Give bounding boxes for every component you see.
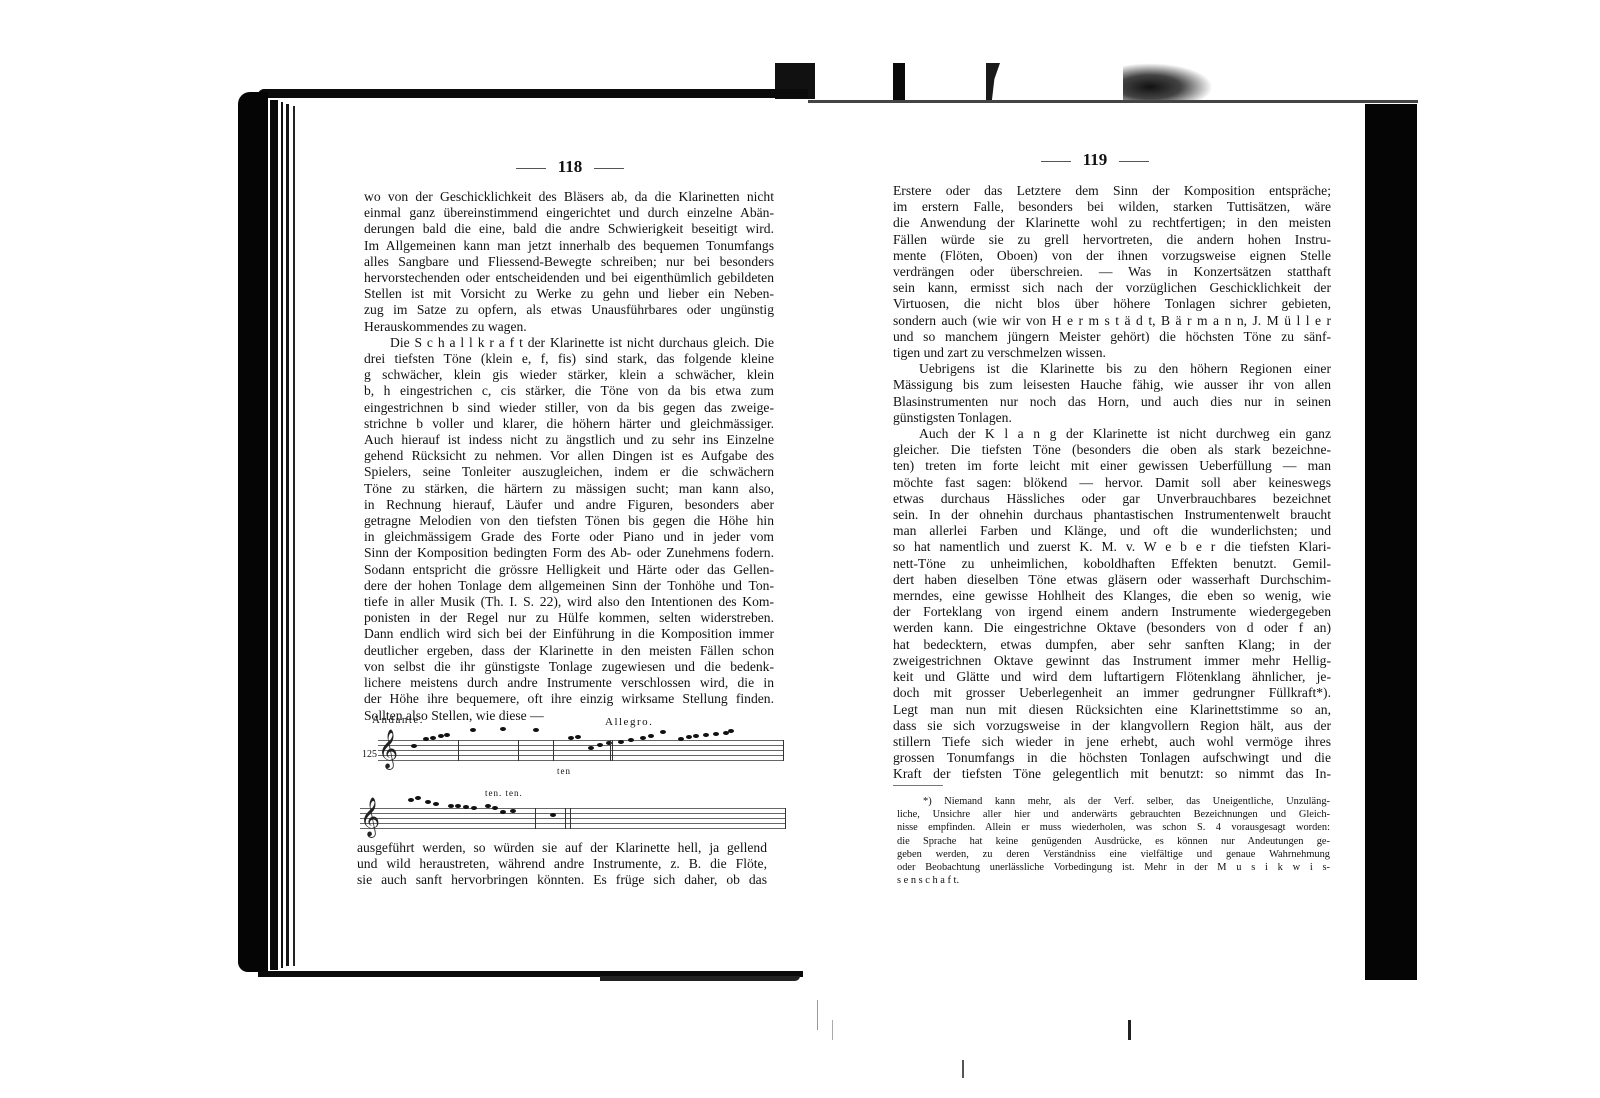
note-head <box>433 802 439 806</box>
text-line: Virtuosen, die nicht blos über höhere To… <box>893 296 1331 312</box>
book-top-edge <box>808 100 1418 103</box>
text-line: sein kann, ermisst sich nach der vorzügl… <box>893 280 1331 296</box>
scan-speck <box>817 1000 818 1030</box>
note-head <box>485 804 491 808</box>
text-line: mente (Flöten, Oboen) von der ihnen vorz… <box>893 248 1331 264</box>
text-line: dere der hohen Tonlage dem allgemeinen S… <box>364 578 774 594</box>
tenuto-mark: ten <box>557 766 571 776</box>
page-number-text: 119 <box>1083 150 1108 169</box>
note-head <box>423 737 429 741</box>
bar-line <box>458 740 459 761</box>
text-line: von selbst die ihr günstigste Tonlage zu… <box>364 659 774 675</box>
text-line: gleicher. Die tiefsten Töne (besonders d… <box>893 442 1331 458</box>
note-head <box>463 805 469 809</box>
text-line: Auch hierauf ist indess nicht zu ängstli… <box>364 432 774 448</box>
text-line: etwas durchaus Hässliches oder gar Unver… <box>893 491 1331 507</box>
text-line: hervorstechenden oder entscheidenden und… <box>364 270 774 286</box>
note-head <box>500 727 506 731</box>
note-head <box>492 806 498 810</box>
page-stack-line <box>281 102 283 968</box>
note-head <box>575 735 581 739</box>
text-line: Herauskommendes zu wagen. <box>364 319 774 335</box>
text-line: wo von der Geschicklichkeit des Bläsers … <box>364 189 774 205</box>
text-line: verdrängen oder überschreien. — Was in K… <box>893 264 1331 280</box>
text-line: sondern auch (wie wir von H e r m s t ä … <box>893 313 1331 329</box>
text-line: Blasinstrumenten nur noch das Horn, und … <box>893 394 1331 410</box>
text-line: stillern Tiefe sich wieder in jene erheb… <box>893 734 1331 750</box>
scan-speck <box>1128 1020 1131 1040</box>
text-line: deutlicher ergeben, dass der Klarinette … <box>364 643 774 659</box>
text-line: in Rechnung hierauf, Läufer und andre Fi… <box>364 497 774 513</box>
note-head <box>533 728 539 732</box>
text-line: nisse empfinden. Allein er muss wiederho… <box>897 821 1330 834</box>
scan-speck <box>962 1060 964 1078</box>
note-head <box>510 809 516 813</box>
note-head <box>713 732 719 736</box>
note-head <box>568 736 574 740</box>
text-line: zug im Satze zu opfern, als etwas Unausf… <box>364 302 774 318</box>
book-left-edge <box>238 92 268 972</box>
note-head <box>588 746 594 750</box>
text-line: geben werden, zu deren Verständniss eine… <box>897 848 1330 861</box>
text-line: und so manchem jüngern Meister gehört) d… <box>893 329 1331 345</box>
text-line: nett-Töne zu unheimlichen, koboldhaften … <box>893 556 1331 572</box>
text-line: Erstere oder das Letztere dem Sinn der K… <box>893 183 1331 199</box>
right-page-number: 119 <box>1025 150 1165 170</box>
music-staff: 𝄞 <box>360 808 785 834</box>
text-line: dert haben dieselben Töne etwas gläsern … <box>893 572 1331 588</box>
text-line: Kraft der tiefsten Töne gelegentlich mit… <box>893 766 1331 782</box>
bar-line <box>570 808 571 829</box>
text-line: dass sie sich vorzugsweise in der klangv… <box>893 718 1331 734</box>
note-head <box>648 734 654 738</box>
book-left-edge <box>270 100 278 970</box>
text-line: Stellen ist mit Vorsicht zu Werke zu geh… <box>364 286 774 302</box>
note-head <box>470 728 476 732</box>
text-line: liche, Unsichre aller hier und anderwärt… <box>897 808 1330 821</box>
text-line: getragne Melodien von den tiefsten Tönen… <box>364 513 774 529</box>
text-line: g schwächer, klein gis wieder stärker, k… <box>364 367 774 383</box>
text-line: gehend Rücksicht zu nehmen. Vor allen Di… <box>364 448 774 464</box>
bar-line <box>612 740 613 761</box>
text-line: merndes, eine gewisse Hohlheit des Klang… <box>893 588 1331 604</box>
note-head <box>640 736 646 740</box>
text-line: Spielers, seine Tonleiter auszugleichen,… <box>364 464 774 480</box>
music-staff: 𝄞 <box>378 740 783 766</box>
text-line: Auch der K l a n g der Klarinette ist ni… <box>893 426 1331 442</box>
bar-line <box>518 740 519 761</box>
book-top-edge <box>258 89 808 98</box>
text-line: ausgeführt werden, so würden sie auf der… <box>357 840 767 856</box>
text-line: derungen bald die eine, bald die andre S… <box>364 221 774 237</box>
page-stack-line <box>286 104 289 966</box>
note-head <box>500 810 506 814</box>
note-head <box>425 800 431 804</box>
note-head <box>448 804 454 808</box>
note-head <box>686 735 692 739</box>
text-line: einmal ganz übereinstimmend eingerichtet… <box>364 205 774 221</box>
text-line: die Sprache hat keine genügenden Ausdrüc… <box>897 835 1330 848</box>
text-line: strichne b voller und klarer, die höhern… <box>364 416 774 432</box>
text-line: die Anwendung der Klarinette wohl zu rec… <box>893 215 1331 231</box>
treble-clef-icon: 𝄞 <box>378 732 398 766</box>
page-tab-mark <box>1123 63 1213 103</box>
text-line: Im Allgemeinen kann man jetzt innerhalb … <box>364 238 774 254</box>
text-line: grossen Tonumfangs in die höchsten Tonla… <box>893 750 1331 766</box>
text-line: ten) treten im forte leicht mit einer ge… <box>893 458 1331 474</box>
text-line: lichere meistens durch andre Instrumente… <box>364 675 774 691</box>
footnote: *) Niemand kann mehr, als der Verf. selb… <box>897 795 1330 887</box>
bar-line <box>553 740 554 761</box>
book-bottom-edge <box>600 976 800 981</box>
note-head <box>411 744 417 748</box>
text-line: werden kann. Die eingestrichne Oktave (b… <box>893 620 1331 636</box>
text-line: Uebrigens ist die Klarinette bis zu den … <box>893 361 1331 377</box>
tenuto-marks: ten. ten. <box>485 788 523 798</box>
text-line: so hat namentlich und zuerst K. M. v. W … <box>893 539 1331 555</box>
note-head <box>471 806 477 810</box>
note-head <box>408 798 414 802</box>
text-line: Fällen würde sie zu grell hervortreten, … <box>893 232 1331 248</box>
text-line: Legt man nun mit diesen Rücksichten eine… <box>893 702 1331 718</box>
text-line: Töne zu stärken, die härtern zu mässigen… <box>364 481 774 497</box>
example-number: 125 <box>362 749 377 760</box>
left-page-body: wo von der Geschicklichkeit des Bläsers … <box>364 189 774 724</box>
text-line: Mässigung bis zum leisesten Hauche fähig… <box>893 377 1331 393</box>
note-head <box>550 813 556 817</box>
bar-line <box>783 740 784 761</box>
note-head <box>628 738 634 742</box>
note-head <box>618 740 624 744</box>
text-line: Dann endlich wird sich bei der Einführun… <box>364 626 774 642</box>
left-page-body-continued: ausgeführt werden, so würden sie auf der… <box>357 840 767 889</box>
text-line: möchte fast sagen: blökend — hervor. Dam… <box>893 475 1331 491</box>
page-tab-mark <box>986 63 1000 103</box>
text-line: keit und Glätte und wird dem luftartiger… <box>893 669 1331 685</box>
text-line: s e n s c h a f t. <box>897 874 1330 887</box>
page-stack-line <box>293 106 295 966</box>
text-line: Die S c h a l l k r a f t der Klarinette… <box>364 335 774 351</box>
text-line: eingestrichnen b sind wieder stiller, vo… <box>364 400 774 416</box>
text-line: Sinn der Komposition bedingten Form des … <box>364 545 774 561</box>
book-right-edge <box>1365 104 1417 980</box>
music-example: Andante. Allegro. 125 ten. ten. ten 𝄞 𝄞 <box>360 712 775 842</box>
scan-speck <box>832 1020 833 1040</box>
page-number-text: 118 <box>558 157 583 176</box>
right-page-body: Erstere oder das Letztere dem Sinn der K… <box>893 183 1331 783</box>
text-line: in gleichmässigem Grade des Forte oder P… <box>364 529 774 545</box>
bar-line <box>565 808 566 829</box>
text-line: der Höhe ihre bequemere, oft ihre einzig… <box>364 691 774 707</box>
bar-line <box>610 740 611 761</box>
text-line: der Forteklang von irgend einem andern I… <box>893 604 1331 620</box>
text-line: tigen und zart zu verschmelzen wissen. <box>893 345 1331 361</box>
note-head <box>455 804 461 808</box>
left-page-number: 118 <box>500 157 640 177</box>
text-line: hat bedecktern, etwas dumpfen, aber sehr… <box>893 637 1331 653</box>
tempo-marking-allegro: Allegro. <box>605 716 653 728</box>
tempo-marking-andante: Andante. <box>372 714 424 726</box>
note-head <box>415 796 421 800</box>
note-head <box>444 733 450 737</box>
note-head <box>597 743 603 747</box>
bar-line <box>535 808 536 829</box>
text-line: doch mit grosser Ueberlegenheit an immer… <box>893 685 1331 701</box>
text-line: *) Niemand kann mehr, als der Verf. selb… <box>897 795 1330 808</box>
text-line: man allerlei Farben und Klänge, und oft … <box>893 523 1331 539</box>
text-line: günstigsten Tonlagen. <box>893 410 1331 426</box>
text-line: tiefe in aller Musik (Th. I. S. 22), wir… <box>364 594 774 610</box>
footnote-rule <box>893 785 943 786</box>
text-line: und wild heraustreten, während andre Ins… <box>357 856 767 872</box>
text-line: Sodann entspricht die grössre Helligkeit… <box>364 562 774 578</box>
note-head <box>660 730 666 734</box>
note-head <box>430 736 436 740</box>
note-head <box>693 734 699 738</box>
page-tab-mark <box>893 63 905 103</box>
text-line: oder Beobachtung unerlässliche Vorbeding… <box>897 861 1330 874</box>
bar-line <box>785 808 786 829</box>
text-line: ponisten in der Regel nur zu Hülfe komme… <box>364 610 774 626</box>
text-line: drei tiefsten Töne (klein e, f, fis) sin… <box>364 351 774 367</box>
note-head <box>728 729 734 733</box>
treble-clef-icon: 𝄞 <box>360 800 380 834</box>
text-line: zweigestrichnen Oktave gewinnt das Instr… <box>893 653 1331 669</box>
note-head <box>678 737 684 741</box>
text-line: sein. In der ohnehin durchaus phantastis… <box>893 507 1331 523</box>
text-line: im erstern Falle, besonders bei wilden, … <box>893 199 1331 215</box>
text-line: sie auch sanft hervorbringen könnten. Es… <box>357 872 767 888</box>
text-line: b, h eingestrichen c, cis stärker, die T… <box>364 383 774 399</box>
text-line: alles Sangbare und Fliessend-Bewegte sch… <box>364 254 774 270</box>
note-head <box>703 733 709 737</box>
